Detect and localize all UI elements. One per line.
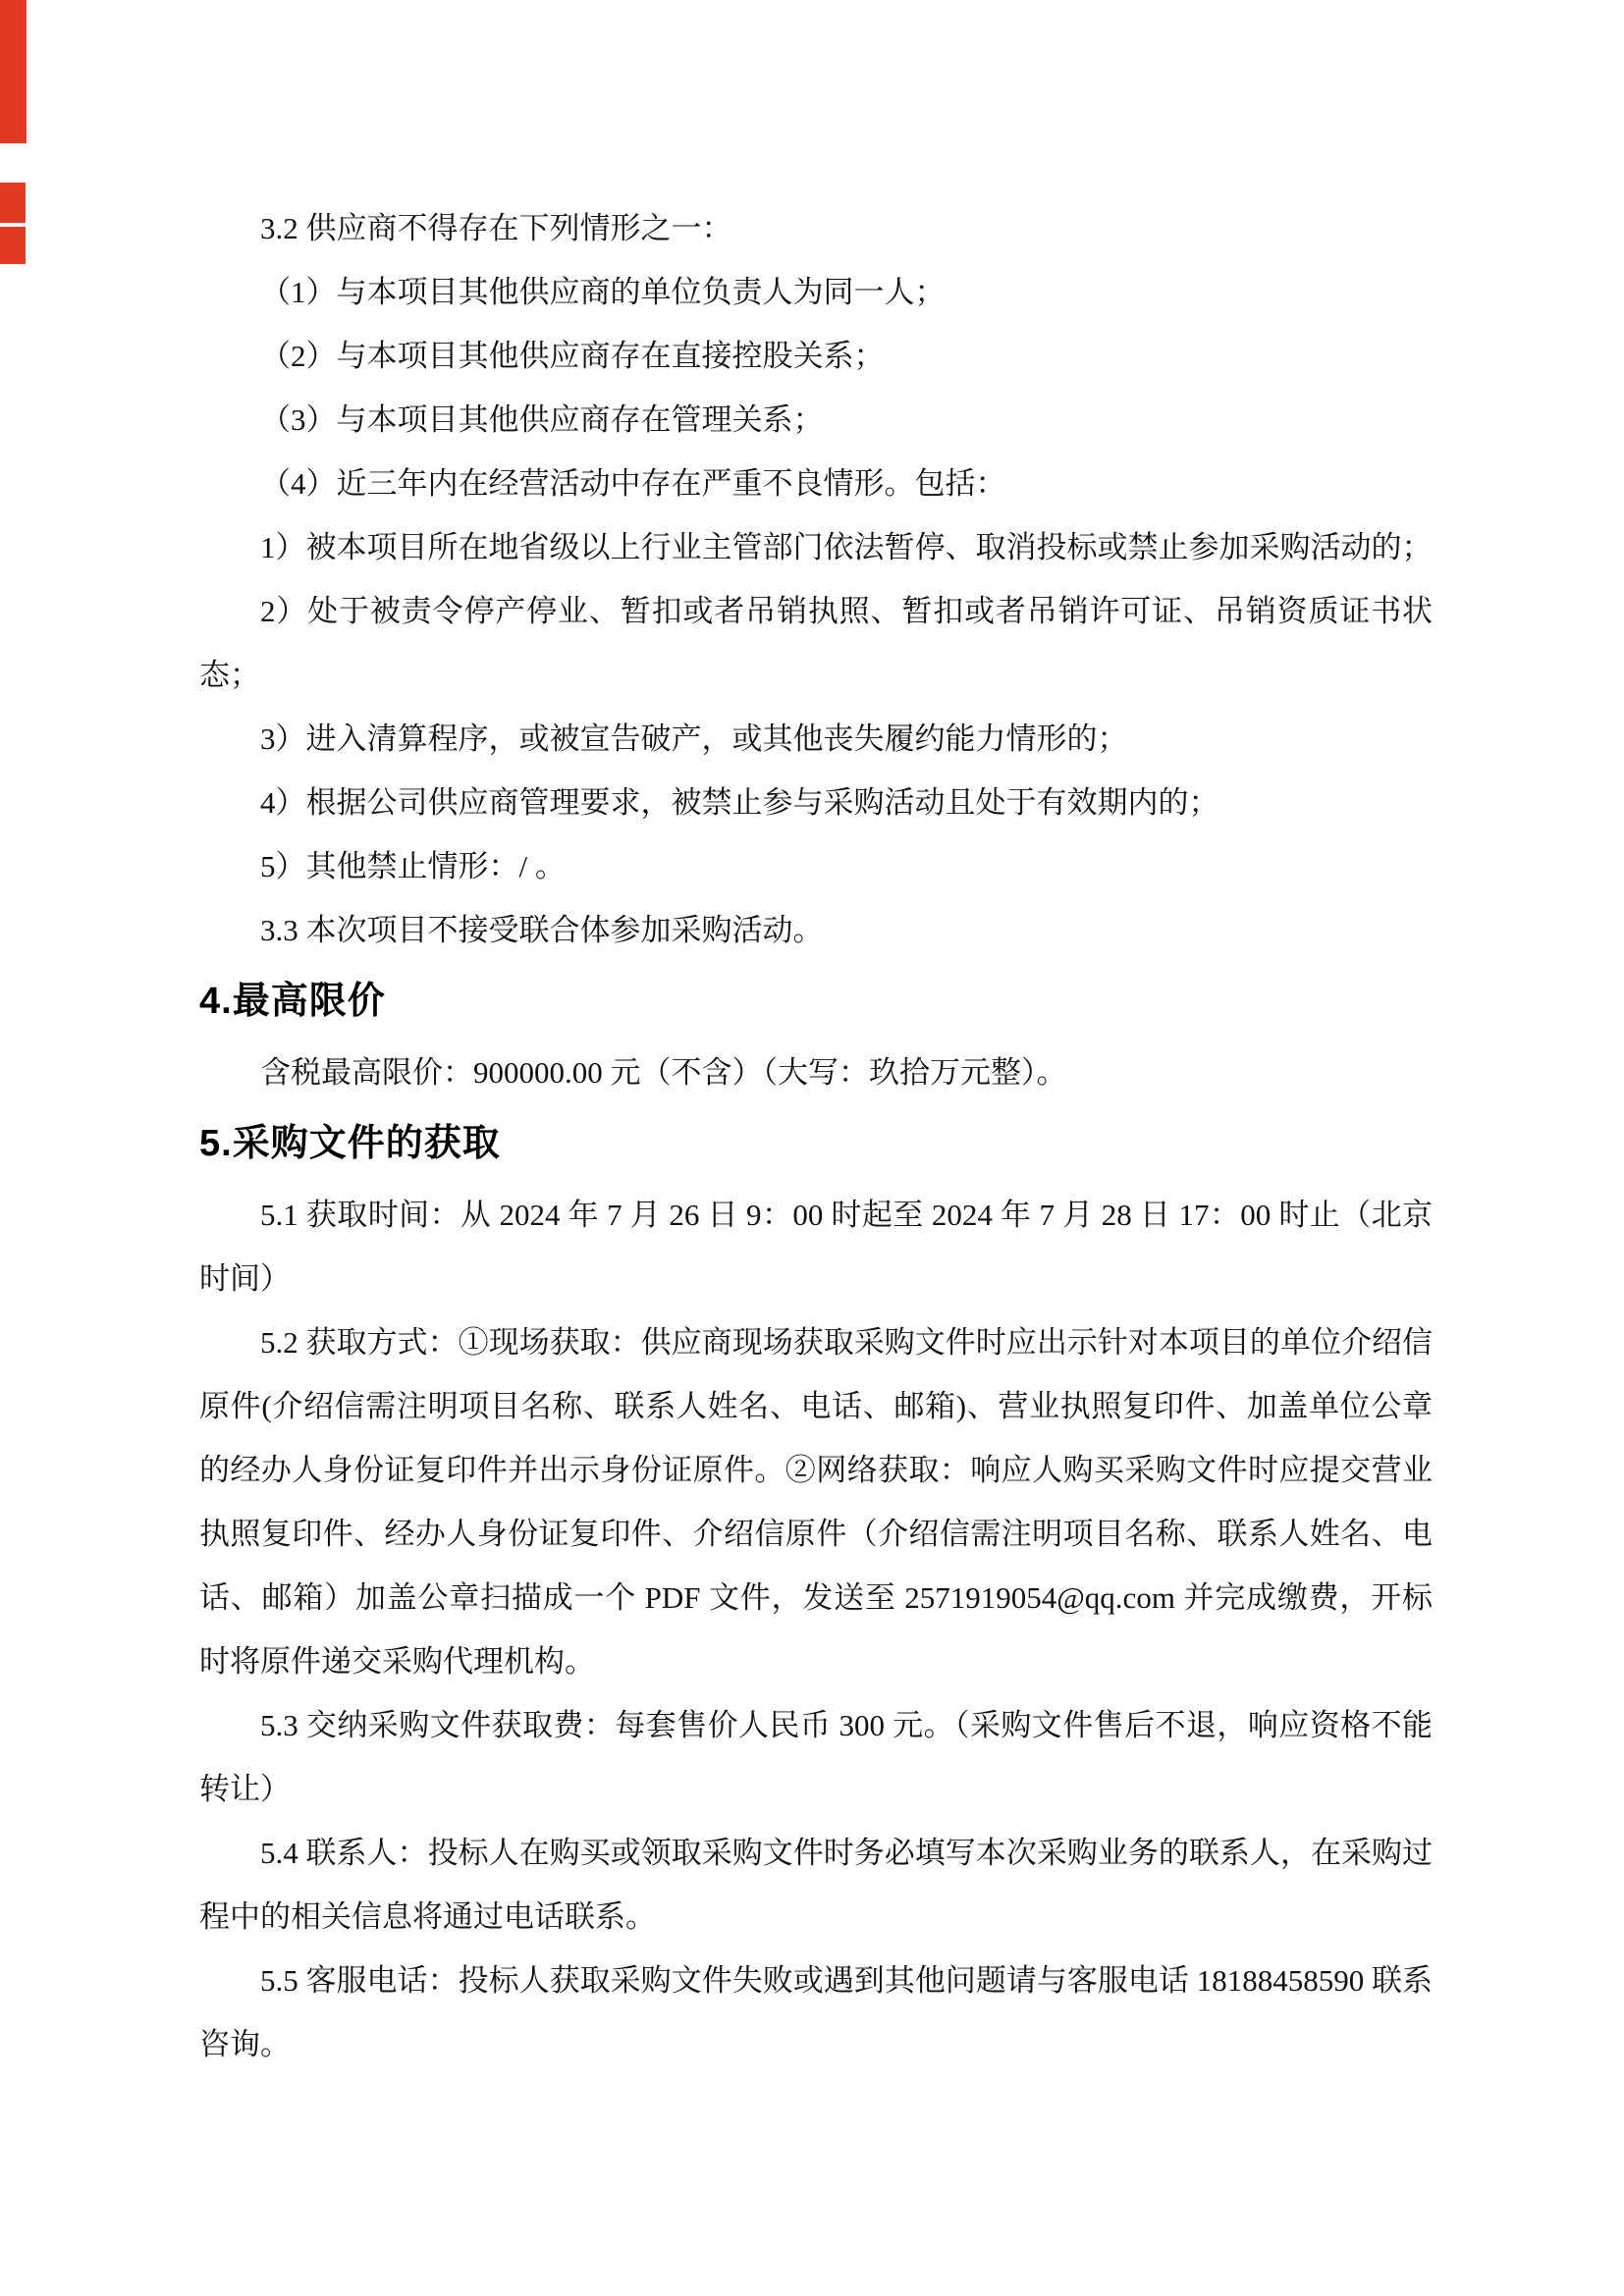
clause-3-2-item-3: （3）与本项目其他供应商存在管理关系；	[199, 388, 1433, 452]
clause-3-2: 3.2 供应商不得存在下列情形之一：	[199, 196, 1433, 260]
red-scan-mark-top	[0, 0, 27, 143]
clause-3-2-item-4: （4）近三年内在经营活动中存在严重不良情形。包括：	[199, 452, 1433, 515]
document-body: 3.2 供应商不得存在下列情形之一： （1）与本项目其他供应商的单位负责人为同一…	[199, 196, 1433, 2076]
section-4-heading: 4.最高限价	[199, 962, 1433, 1041]
clause-3-2-sub-1: 1）被本项目所在地省级以上行业主管部门依法暂停、取消投标或禁止参加采购活动的；	[199, 515, 1433, 579]
clause-3-2-sub-2: 2）处于被责令停产停业、暂扣或者吊销执照、暂扣或者吊销许可证、吊销资质证书状态；	[199, 579, 1433, 707]
clause-3-2-sub-4: 4）根据公司供应商管理要求，被禁止参与采购活动且处于有效期内的；	[199, 771, 1433, 834]
clause-3-2-sub-3: 3）进入清算程序，或被宣告破产，或其他丧失履约能力情形的；	[199, 707, 1433, 771]
clause-3-2-sub-5: 5）其他禁止情形：/ 。	[199, 834, 1433, 898]
section-5-heading: 5.采购文件的获取	[199, 1104, 1433, 1183]
clause-5-2: 5.2 获取方式：①现场获取：供应商现场获取采购文件时应出示针对本项目的单位介绍…	[199, 1310, 1433, 1693]
red-scan-mark-bottom	[0, 227, 26, 264]
clause-5-3: 5.3 交纳采购文件获取费：每套售价人民币 300 元。（采购文件售后不退，响应…	[199, 1693, 1433, 1821]
clause-5-4: 5.4 联系人：投标人在购买或领取采购文件时务必填写本次采购业务的联系人，在采购…	[199, 1821, 1433, 1949]
clause-3-2-item-2: （2）与本项目其他供应商存在直接控股关系；	[199, 324, 1433, 388]
document-page: 3.2 供应商不得存在下列情形之一： （1）与本项目其他供应商的单位负责人为同一…	[0, 0, 1624, 2296]
clause-3-2-item-1: （1）与本项目其他供应商的单位负责人为同一人；	[199, 260, 1433, 324]
clause-5-5: 5.5 客服电话：投标人获取采购文件失败或遇到其他问题请与客服电话 181884…	[199, 1949, 1433, 2076]
red-scan-mark-middle	[0, 183, 26, 223]
clause-5-1: 5.1 获取时间：从 2024 年 7 月 26 日 9：00 时起至 2024…	[199, 1183, 1433, 1310]
clause-3-3: 3.3 本次项目不接受联合体参加采购活动。	[199, 898, 1433, 962]
clause-4-price: 含税最高限价：900000.00 元（不含）（大写：玖拾万元整）。	[199, 1041, 1433, 1104]
